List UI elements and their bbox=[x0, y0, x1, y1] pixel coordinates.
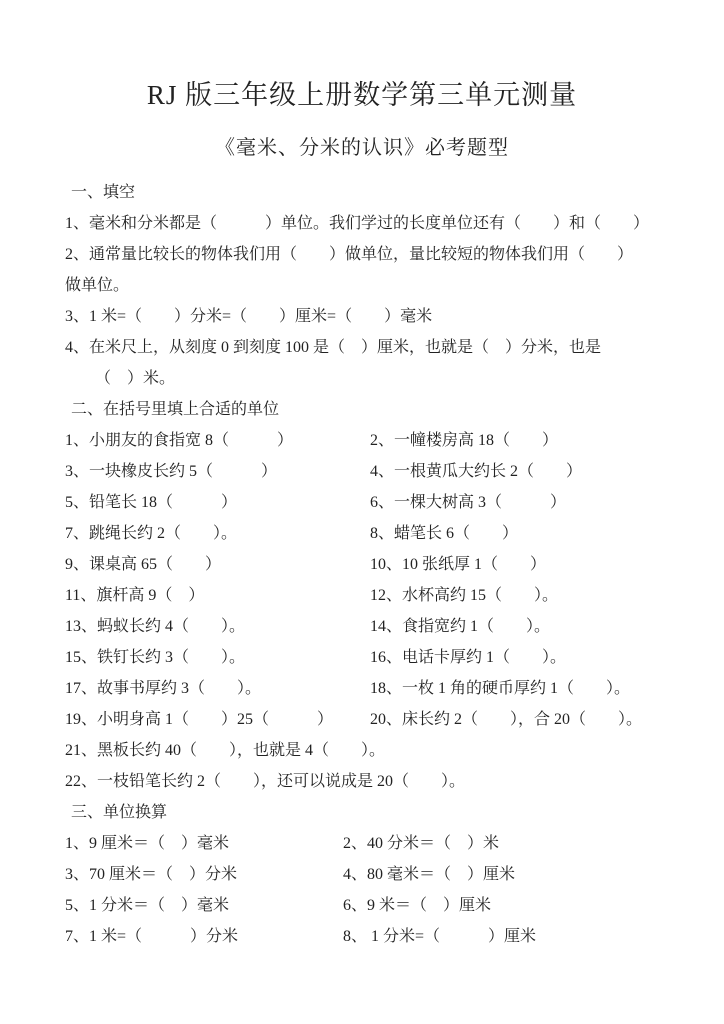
question-line: 20、床长约 2（ ），合 20（ ）。 bbox=[370, 704, 684, 735]
question-row: 7、1 米=（ ）分米 8、 1 分米=（ ）厘米 bbox=[65, 921, 684, 952]
question-line: 4、在米尺上，从刻度 0 到刻度 100 是（ ）厘米，也就是（ ）分米，也是 bbox=[65, 332, 684, 363]
question-row: 7、跳绳长约 2（ ）。 8、蜡笔长 6（ ） bbox=[65, 518, 684, 549]
question-line: 14、食指宽约 1（ ）。 bbox=[370, 611, 684, 642]
question-line: 12、水杯高约 15（ ）。 bbox=[370, 580, 684, 611]
page-subtitle: 《毫米、分米的认识》必考题型 bbox=[0, 136, 724, 160]
question-line: 22、一枝铅笔长约 2（ ），还可以说成是 20（ ）。 bbox=[65, 766, 684, 797]
question-line: 13、蚂蚁长约 4（ ）。 bbox=[65, 611, 370, 642]
section-1-heading: 一、填空 bbox=[65, 177, 684, 208]
question-line: 1、小朋友的食指宽 8（ ） bbox=[65, 425, 370, 456]
question-line: 7、1 米=（ ）分米 bbox=[65, 921, 343, 952]
question-line: 7、跳绳长约 2（ ）。 bbox=[65, 518, 370, 549]
question-row: 5、1 分米＝（ ）毫米 6、9 米＝（ ）厘米 bbox=[65, 890, 684, 921]
question-line: 9、课桌高 65（ ） bbox=[65, 549, 370, 580]
question-line: 6、一棵大树高 3（ ） bbox=[370, 487, 684, 518]
question-row: 13、蚂蚁长约 4（ ）。 14、食指宽约 1（ ）。 bbox=[65, 611, 684, 642]
question-row: 17、故事书厚约 3（ ）。 18、一枚 1 角的硬币厚约 1（ ）。 bbox=[65, 673, 684, 704]
question-row: 5、铅笔长 18（ ） 6、一棵大树高 3（ ） bbox=[65, 487, 684, 518]
worksheet-body: 一、填空 1、毫米和分米都是（ ）单位。我们学过的长度单位还有（ ）和（ ） 2… bbox=[0, 177, 724, 952]
question-row: 1、小朋友的食指宽 8（ ） 2、一幢楼房高 18（ ） bbox=[65, 425, 684, 456]
question-line: 19、小明身高 1（ ）25（ ） bbox=[65, 704, 370, 735]
question-line: 5、铅笔长 18（ ） bbox=[65, 487, 370, 518]
question-line: 3、1 米=（ ）分米=（ ）厘米=（ ）毫米 bbox=[65, 301, 684, 332]
question-line: 18、一枚 1 角的硬币厚约 1（ ）。 bbox=[370, 673, 684, 704]
question-line: 1、毫米和分米都是（ ）单位。我们学过的长度单位还有（ ）和（ ） bbox=[65, 208, 684, 239]
question-line: 4、一根黄瓜大约长 2（ ） bbox=[370, 456, 684, 487]
section-2-heading: 二、在括号里填上合适的单位 bbox=[65, 394, 684, 425]
question-line: 2、一幢楼房高 18（ ） bbox=[370, 425, 684, 456]
question-line: 3、一块橡皮长约 5（ ） bbox=[65, 456, 370, 487]
question-line: 4、80 毫米＝（ ）厘米 bbox=[343, 859, 684, 890]
question-line: 5、1 分米＝（ ）毫米 bbox=[65, 890, 343, 921]
question-row: 3、70 厘米＝（ ）分米 4、80 毫米＝（ ）厘米 bbox=[65, 859, 684, 890]
question-row: 15、铁钉长约 3（ ）。 16、电话卡厚约 1（ ）。 bbox=[65, 642, 684, 673]
question-line: 15、铁钉长约 3（ ）。 bbox=[65, 642, 370, 673]
question-line: 10、10 张纸厚 1（ ） bbox=[370, 549, 684, 580]
question-line: 21、黑板长约 40（ ），也就是 4（ ）。 bbox=[65, 735, 684, 766]
question-line: 8、 1 分米=（ ）厘米 bbox=[343, 921, 684, 952]
question-line: 8、蜡笔长 6（ ） bbox=[370, 518, 684, 549]
question-line: 6、9 米＝（ ）厘米 bbox=[343, 890, 684, 921]
page-title: RJ 版三年级上册数学第三单元测量 bbox=[0, 78, 724, 112]
question-line: 17、故事书厚约 3（ ）。 bbox=[65, 673, 370, 704]
question-line: 2、40 分米＝（ ）米 bbox=[343, 828, 684, 859]
question-line: 1、9 厘米＝（ ）毫米 bbox=[65, 828, 343, 859]
question-line: 11、旗杆高 9（ ） bbox=[65, 580, 370, 611]
question-line: 2、通常量比较长的物体我们用（ ）做单位，量比较短的物体我们用（ ） bbox=[65, 239, 684, 270]
question-row: 1、9 厘米＝（ ）毫米 2、40 分米＝（ ）米 bbox=[65, 828, 684, 859]
question-row: 9、课桌高 65（ ） 10、10 张纸厚 1（ ） bbox=[65, 549, 684, 580]
question-line-continuation: （ ）米。 bbox=[65, 363, 684, 394]
question-row: 11、旗杆高 9（ ） 12、水杯高约 15（ ）。 bbox=[65, 580, 684, 611]
question-row: 19、小明身高 1（ ）25（ ） 20、床长约 2（ ），合 20（ ）。 bbox=[65, 704, 684, 735]
question-line-continuation: 做单位。 bbox=[65, 270, 684, 301]
section-3-heading: 三、单位换算 bbox=[65, 797, 684, 828]
worksheet-page: RJ 版三年级上册数学第三单元测量 《毫米、分米的认识》必考题型 一、填空 1、… bbox=[0, 0, 724, 1024]
question-line: 3、70 厘米＝（ ）分米 bbox=[65, 859, 343, 890]
question-line: 16、电话卡厚约 1（ ）。 bbox=[370, 642, 684, 673]
question-row: 3、一块橡皮长约 5（ ） 4、一根黄瓜大约长 2（ ） bbox=[65, 456, 684, 487]
